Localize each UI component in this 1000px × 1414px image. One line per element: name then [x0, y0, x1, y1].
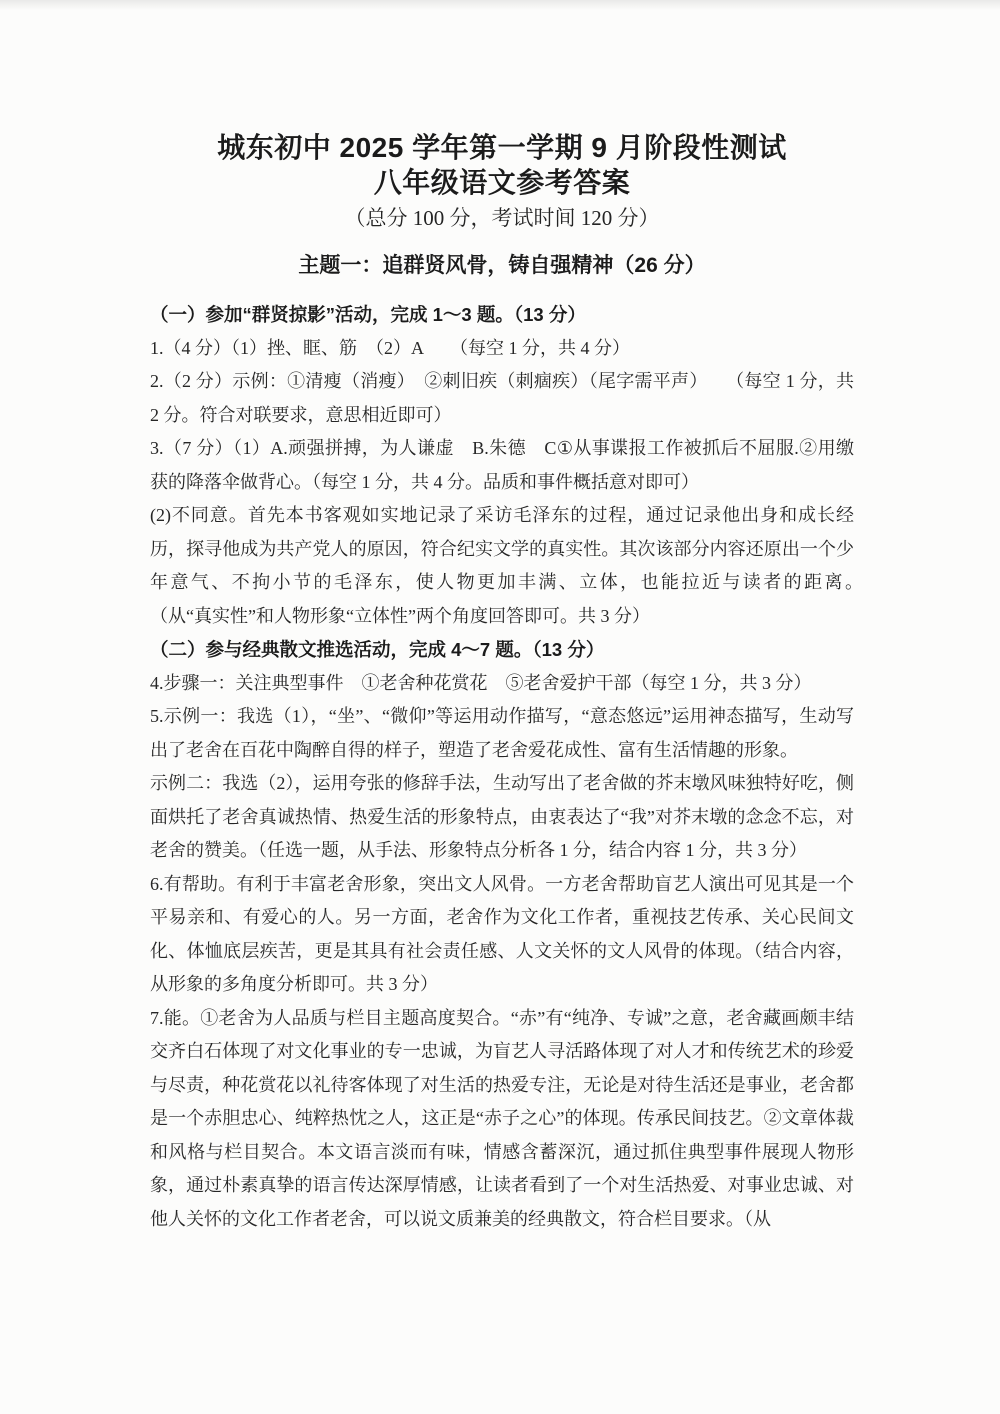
answer-item-1: 1.（4 分）（1）挫、眶、筋 （2）A （每空 1 分，共 4 分） — [150, 332, 854, 366]
document-page: 城东初中 2025 学年第一学期 9 月阶段性测试 八年级语文参考答案 （总分 … — [0, 0, 1000, 1414]
doc-title-line1: 城东初中 2025 学年第一学期 9 月阶段性测试 — [150, 130, 854, 165]
answer-item-3-part1: 3.（7 分）（1）A.顽强拼搏，为人谦虚 B.朱德 C①从事谍报工作被抓后不屈… — [150, 432, 854, 499]
section-1: （一）参加“群贤掠影”活动，完成 1～3 题。（13 分） 1.（4 分）（1）… — [150, 298, 854, 633]
answer-item-2: 2.（2 分）示例：①清瘦（消瘦） ②刺旧疾（刺痼疾）（尾字需平声） （每空 1… — [150, 365, 854, 432]
answer-item-7: 7.能。①老舍为人品质与栏目主题高度契合。“赤”有“纯净、专诚”之意，老舍藏画颇… — [150, 1002, 854, 1237]
answer-item-6: 6.有帮助。有利于丰富老舍形象，突出文人风骨。一方老舍帮助盲艺人演出可见其是一个… — [150, 868, 854, 1002]
answer-item-5-example2: 示例二：我选（2），运用夸张的修辞手法，生动写出了老舍做的芥末墩风味独特好吃，侧… — [150, 767, 854, 868]
section-2-heading: （二）参与经典散文推选活动，完成 4～7 题。（13 分） — [150, 633, 854, 667]
theme-heading: 主题一：追群贤风骨，铸自强精神（26 分） — [150, 249, 854, 282]
section-2: （二）参与经典散文推选活动，完成 4～7 题。（13 分） 4.步骤一：关注典型… — [150, 633, 854, 1236]
answer-item-3-part2: (2)不同意。首先本书客观如实地记录了采访毛泽东的过程，通过记录他出身和成长经历… — [150, 499, 854, 633]
doc-subtitle: （总分 100 分，考试时间 120 分） — [150, 202, 854, 235]
section-1-heading: （一）参加“群贤掠影”活动，完成 1～3 题。（13 分） — [150, 298, 854, 332]
answer-item-5-example1: 5.示例一：我选（1），“坐”、“微仰”等运用动作描写，“意态悠远”运用神态描写… — [150, 700, 854, 767]
doc-title-line2: 八年级语文参考答案 — [150, 165, 854, 200]
answer-item-4: 4.步骤一：关注典型事件 ①老舍种花赏花 ⑤老舍爱护干部（每空 1 分，共 3 … — [150, 667, 854, 701]
